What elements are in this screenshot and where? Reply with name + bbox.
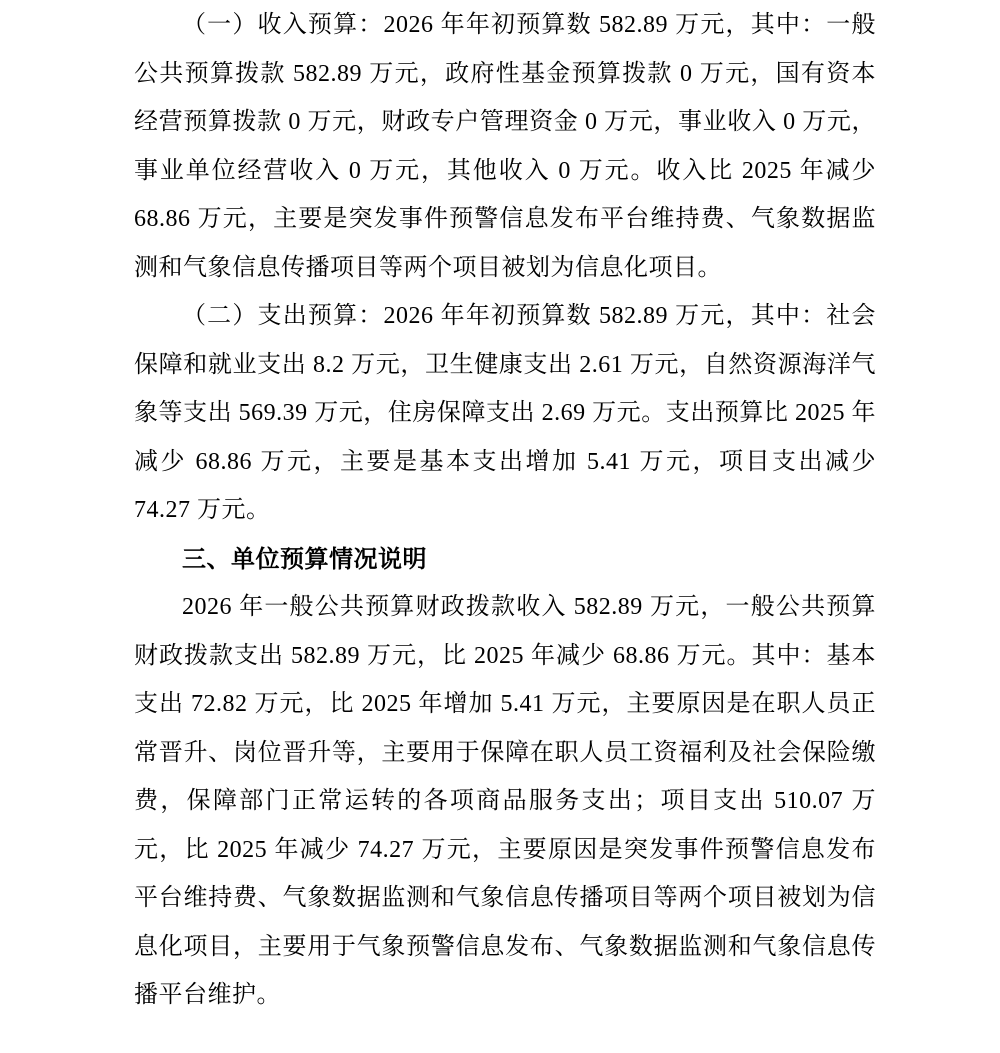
- paragraph-unit-budget-details: 2026 年一般公共预算财政拨款收入 582.89 万元，一般公共预算财政拨款支…: [134, 583, 876, 1020]
- document-body: （一）收入预算：2026 年年初预算数 582.89 万元，其中：一般公共预算拨…: [0, 0, 1000, 1020]
- document-page: （一）收入预算：2026 年年初预算数 582.89 万元，其中：一般公共预算拨…: [0, 0, 1000, 1053]
- section-heading-unit-budget-explanation: 三、单位预算情况说明: [134, 535, 876, 584]
- paragraph-income-budget: （一）收入预算：2026 年年初预算数 582.89 万元，其中：一般公共预算拨…: [134, 1, 876, 292]
- paragraph-expenditure-budget: （二）支出预算：2026 年年初预算数 582.89 万元，其中：社会保障和就业…: [134, 292, 876, 535]
